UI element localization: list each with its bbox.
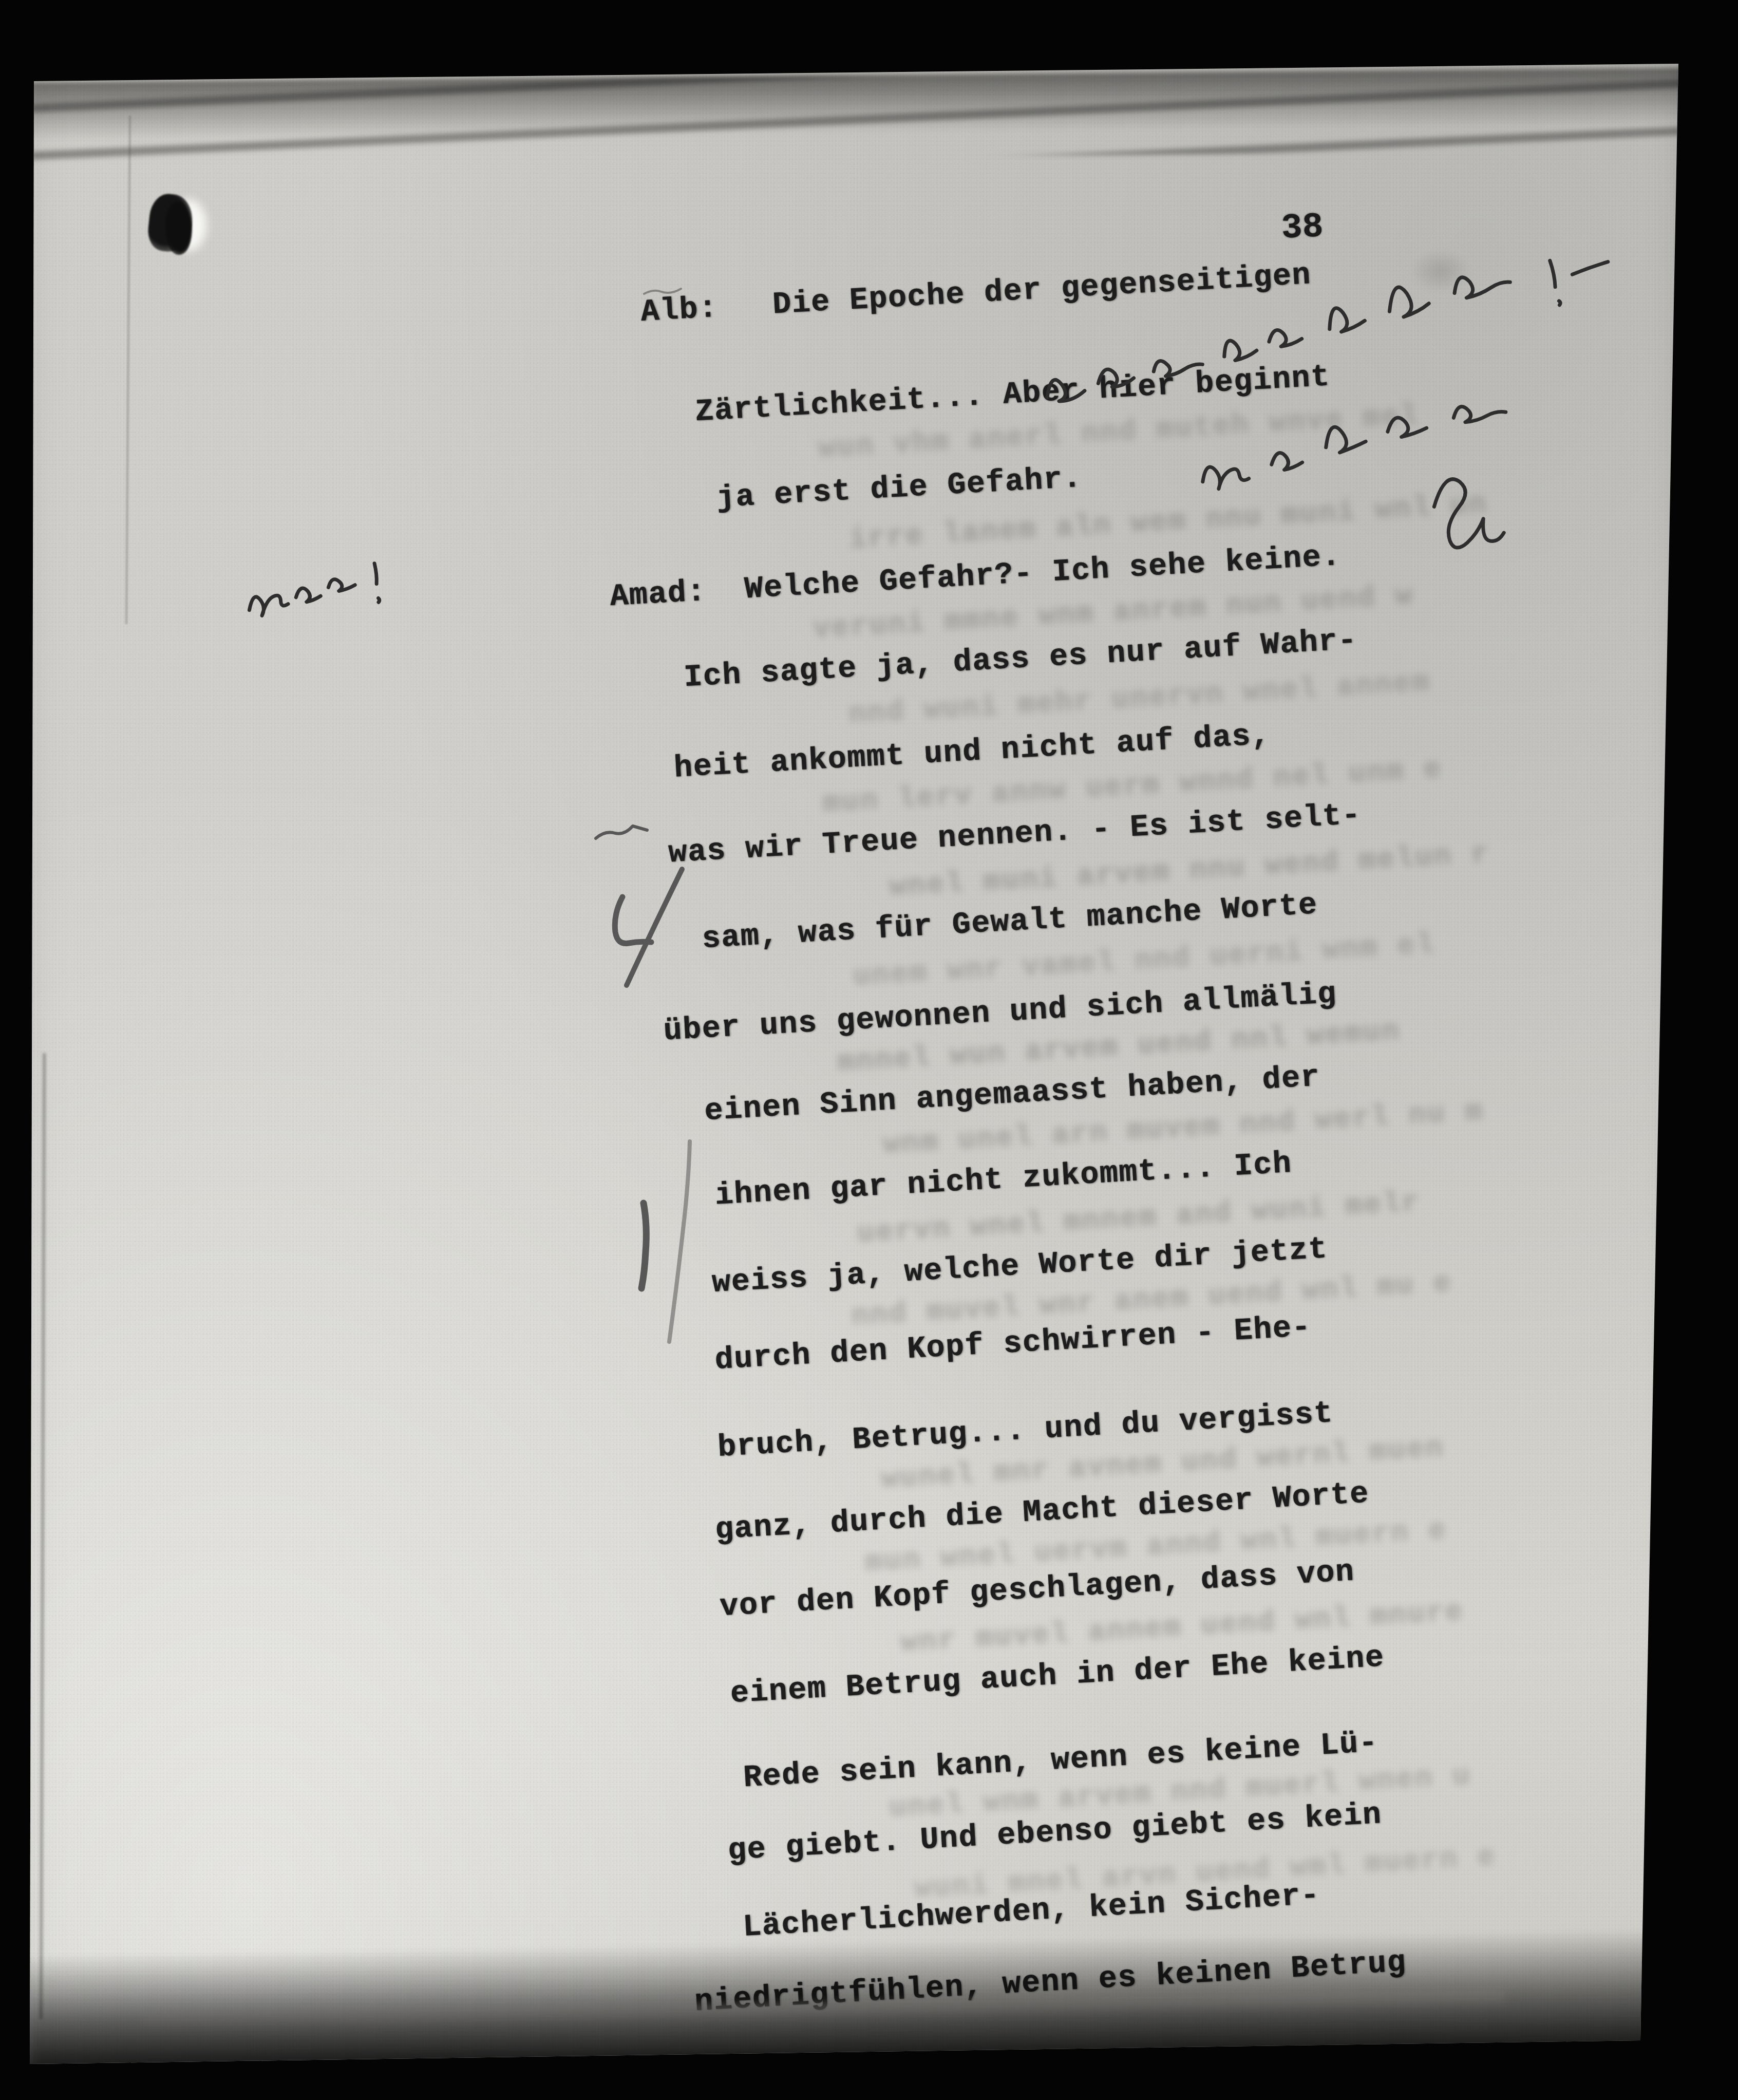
- bleedthrough-line: nnd wuni mehr unervn wnel annem: [847, 655, 1609, 734]
- line-text: ganz, durch die Macht dieser Worte: [714, 1476, 1370, 1548]
- bleedthrough-line: veruni mmne wnm anrem nun uend w: [812, 570, 1583, 649]
- bleedthrough-line: mun wnel uervm annd wnl muern e: [864, 1500, 1686, 1582]
- page-bottom-shadow: [20, 1929, 1680, 2084]
- typed-line: ihnen gar nicht zukommt... Ich: [714, 1147, 1293, 1214]
- line-text: heit ankommt und nicht auf das,: [673, 718, 1271, 786]
- bleedthrough-line: uervn wnel mnnem and wuni melr: [856, 1172, 1658, 1253]
- page-top-edge-shadow: [30, 68, 1690, 164]
- bleedthrough-line: mnnel wun arvem uend nnl wemun: [836, 1001, 1638, 1082]
- typed-line: Amad:Welche Gefahr?- Ich sehe keine.: [609, 539, 1342, 615]
- bleedthrough-line: wunel mnr avnem und wernl muen: [880, 1418, 1682, 1498]
- speaker-label: Amad:: [609, 575, 707, 615]
- typed-line: über uns gewonnen und sich allmälig: [663, 977, 1337, 1049]
- pencil-vertical-strokes: [624, 1130, 711, 1372]
- typed-line: heit ankommt und nicht auf das,: [673, 718, 1271, 786]
- bleedthrough-line: nnd muvel wnr anem uend wnl mu e: [851, 1254, 1673, 1336]
- typed-line: einem Betrug auch in der Ehe keine: [729, 1640, 1385, 1712]
- typed-line: Lächerlichwerden, kein Sicher-: [742, 1878, 1321, 1945]
- right-margin-handwriting-note: [1186, 391, 1629, 590]
- speaker-label: Alb:: [640, 291, 719, 330]
- line-text: ja erst die Gefahr.: [715, 461, 1083, 517]
- bleedthrough-line: wnm unel arn muvem nnd werl nu m: [882, 1085, 1653, 1164]
- typed-line: sam, was für Gewalt manche Worte: [701, 888, 1318, 957]
- bleedthrough-line: wnel muni arvem nnu wend melun r: [888, 829, 1634, 907]
- line-text: weiss ja, welche Worte dir jetzt: [711, 1232, 1329, 1301]
- bleedthrough-line: irre lanem aln wem nnu muni wnl un: [848, 481, 1594, 559]
- left-crease-line: [125, 116, 131, 624]
- ink-blot: [146, 192, 195, 254]
- typed-line: ge giebt. Und ebenso giebt es kein: [727, 1797, 1383, 1869]
- manuscript-page: 38 wun vhm anerl nnd muteh wnve mel irre…: [0, 0, 1738, 2100]
- line-text: Welche Gefahr?- Ich sehe keine.: [744, 539, 1342, 608]
- line-text: bruch, Betrug... und du vergisst: [716, 1396, 1334, 1466]
- line-text: durch den Kopf schwirren - Ehe-: [714, 1310, 1312, 1378]
- scanned-document-screenshot: 38 wun vhm anerl nnd muteh wnve mel irre…: [0, 0, 1738, 2100]
- typed-line: einen Sinn angemaasst haben, der: [704, 1060, 1321, 1129]
- typed-line: was wir Treue nennen. - Es ist selt-: [668, 798, 1362, 871]
- typed-line: durch den Kopf schwirren - Ehe-: [714, 1310, 1312, 1378]
- paper-smudge: [1410, 249, 1471, 293]
- line-text: vor den Kopf geschlagen, dass von: [719, 1554, 1356, 1625]
- pencil-mark-2-slash: [591, 848, 709, 1002]
- typed-line: Rede sein kann, wenn es keine Lü-: [742, 1726, 1379, 1796]
- bleedthrough-line: mun lerv annw uerm wnnd nel unm e: [822, 743, 1603, 823]
- line-text: sam, was für Gewalt manche Worte: [701, 888, 1318, 957]
- line-text: über uns gewonnen und sich allmälig: [663, 977, 1337, 1049]
- typed-line: Zärtlichkeit... Aber hier beginnt: [694, 360, 1331, 430]
- typed-line: weiss ja, welche Worte dir jetzt: [711, 1232, 1329, 1301]
- typed-line: Ich sagte ja, dass es nur auf Wahr-: [683, 623, 1358, 696]
- line-text: Ich sagte ja, dass es nur auf Wahr-: [683, 623, 1358, 696]
- line-text: ihnen gar nicht zukommt... Ich: [714, 1147, 1293, 1214]
- line-text: Die Epoche der gegenseitigen: [771, 258, 1312, 323]
- bleedthrough-line: wnr muvel annem uend wnl mnure: [899, 1582, 1691, 1662]
- page-number: 38: [1280, 207, 1324, 248]
- line-text: was wir Treue nennen. - Es ist selt-: [668, 798, 1362, 871]
- line-text: Rede sein kann, wenn es keine Lü-: [742, 1726, 1379, 1796]
- pencil-scratch: [642, 284, 683, 299]
- typed-line: vor den Kopf geschlagen, dass von: [719, 1554, 1356, 1625]
- typed-line: Alb:Die Epoche der gegenseitigen: [640, 258, 1312, 330]
- typed-text-block: wun vhm anerl nnd muteh wnve mel irre la…: [639, 226, 1738, 2093]
- line-text: niedrigtfühlen, wenn es keinen Betrug: [694, 1945, 1407, 2020]
- bleedthrough-line: wuni mnel arvn uend wml muern e: [913, 1829, 1695, 1908]
- paper-grain-texture: [0, 0, 1738, 2100]
- bleedthrough-line: unel wnm arvem nnd muerl wnen u: [888, 1746, 1700, 1827]
- ink-blot-halo: [171, 199, 206, 251]
- bleedthrough-line: wun vhm anerl nnd muteh wnve mel: [817, 393, 1512, 468]
- line-text: Zärtlichkeit... Aber hier beginnt: [694, 360, 1331, 430]
- typed-line: bruch, Betrug... und du vergisst: [716, 1396, 1334, 1466]
- pencil-tick: [591, 817, 668, 853]
- typed-line: ganz, durch die Macht dieser Worte: [714, 1476, 1370, 1548]
- line-text: Lächerlichwerden, kein Sicher-: [742, 1878, 1321, 1945]
- line-text: einem Betrug auch in der Ehe keine: [729, 1640, 1385, 1712]
- bottom-edge-highlight: [144, 1991, 1505, 2028]
- interlinear-handwriting-annotation: [1025, 221, 1640, 447]
- bleedthrough-line: unem wnr vamel nnd uerni wnm el: [852, 917, 1623, 996]
- line-text: einen Sinn angemaasst haben, der: [704, 1060, 1321, 1129]
- ink-blot-lobe: [163, 200, 194, 255]
- typed-line: ja erst die Gefahr.: [715, 461, 1083, 517]
- left-edge-crease: [40, 1053, 46, 2019]
- typed-line: niedrigtfühlen, wenn es keinen Betrug: [694, 1945, 1407, 2020]
- line-text: ge giebt. Und ebenso giebt es kein: [727, 1797, 1383, 1869]
- left-margin-handwriting-note: [239, 540, 408, 646]
